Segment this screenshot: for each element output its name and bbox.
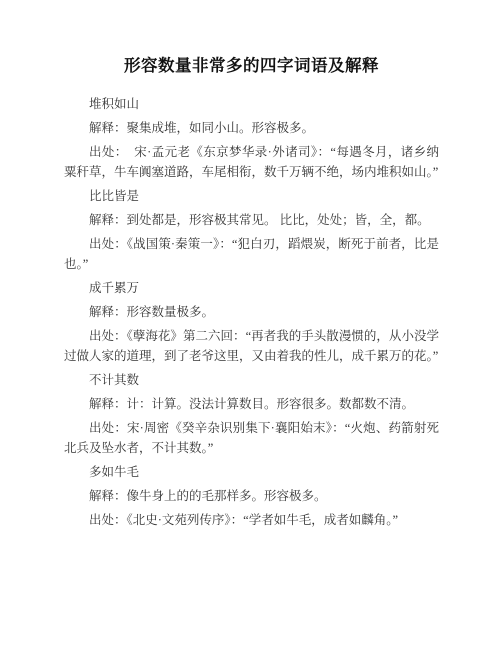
entry-source: 出处：《战国策·秦策一》：“犯白刃，蹈煨炭，断死于前者，比是也。” xyxy=(64,234,439,274)
document-title: 形容数量非常多的四字词语及解释 xyxy=(64,54,439,78)
entry-explanation: 解释：计：计算。没法计算数目。形容很多。数都数不清。 xyxy=(64,394,439,414)
entry-source: 出处： 宋·孟元老《东京梦华录·外诸司》：“每遇冬月，诸乡纳粟秆草，牛车阗塞道路… xyxy=(64,142,439,182)
entry-source: 出处：《北史·文苑列传序》：“学者如牛毛，成者如麟角。” xyxy=(64,510,439,530)
entry-word: 堆积如山 xyxy=(64,94,439,114)
entry-explanation: 解释：聚集成堆，如同小山。形容极多。 xyxy=(64,118,439,138)
entry-word: 多如牛毛 xyxy=(64,462,439,482)
entry-block: 堆积如山 解释：聚集成堆，如同小山。形容极多。 出处： 宋·孟元老《东京梦华录·… xyxy=(64,94,439,182)
entry-source: 出处：宋·周密《癸辛杂识别集下·襄阳始末》：“火炮、药箭射死北兵及坠水者，不计其… xyxy=(64,418,439,458)
entry-block: 比比皆是 解释：到处都是，形容极其常见。 比比，处处；皆，全，都。 出处：《战国… xyxy=(64,186,439,274)
document-page: 形容数量非常多的四字词语及解释 堆积如山 解释：聚集成堆，如同小山。形容极多。 … xyxy=(0,0,502,649)
entry-word: 成千累万 xyxy=(64,278,439,298)
entry-block: 不计其数 解释：计：计算。没法计算数目。形容很多。数都数不清。 出处：宋·周密《… xyxy=(64,370,439,458)
entry-block: 成千累万 解释：形容数量极多。 出处：《孽海花》第二六回：“再者我的手头散漫惯的… xyxy=(64,278,439,366)
entry-explanation: 解释：像牛身上的的毛那样多。形容极多。 xyxy=(64,486,439,506)
entry-word: 不计其数 xyxy=(64,370,439,390)
entry-explanation: 解释：到处都是，形容极其常见。 比比，处处；皆，全，都。 xyxy=(64,210,439,230)
entry-word: 比比皆是 xyxy=(64,186,439,206)
entry-block: 多如牛毛 解释：像牛身上的的毛那样多。形容极多。 出处：《北史·文苑列传序》：“… xyxy=(64,462,439,530)
entry-explanation: 解释：形容数量极多。 xyxy=(64,302,439,322)
entry-source: 出处：《孽海花》第二六回：“再者我的手头散漫惯的，从小没学过做人家的道理，到了老… xyxy=(64,326,439,366)
